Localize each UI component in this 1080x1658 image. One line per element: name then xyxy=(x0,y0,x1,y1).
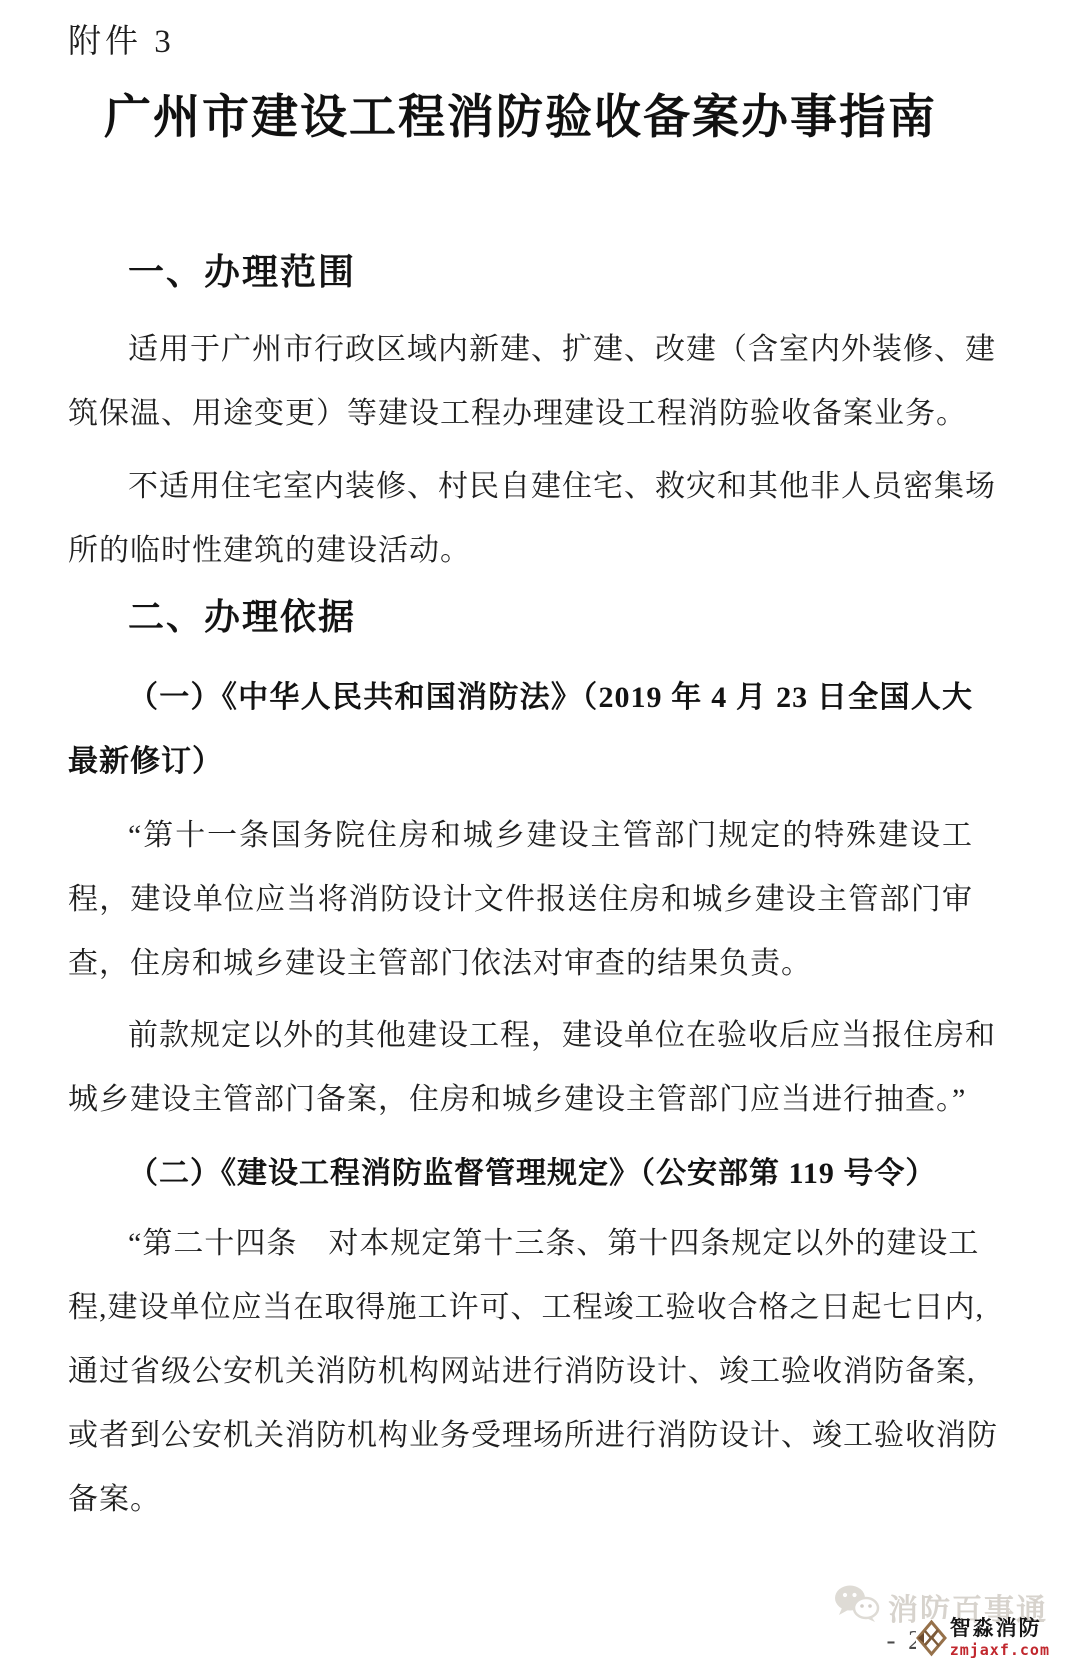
zhimiao-logo-text: 智淼消防 zmjaxf.com xyxy=(950,1618,1050,1658)
paragraph-other-projects: 前款规定以外的其他建设工程，建设单位在验收后应当报住房和 城乡建设主管部门备案，… xyxy=(68,1004,973,1132)
page-title: 广州市建设工程消防验收备案办事指南 xyxy=(68,88,973,148)
text-line: 程，建设单位应当将消防设计文件报送住房和城乡建设主管部门审 xyxy=(68,868,973,932)
text-line: （一）《中华人民共和国消防法》（2019 年 4 月 23 日全国人大 xyxy=(68,666,973,730)
wechat-icon xyxy=(833,1583,881,1625)
zhimiao-diamond-logo-icon xyxy=(916,1619,947,1657)
paragraph-scope-applies: 适用于广州市行政区域内新建、扩建、改建（含室内外装修、建 筑保温、用途变更）等建… xyxy=(68,318,973,446)
paragraph-scope-excludes: 不适用住宅室内装修、村民自建住宅、救灾和其他非人员密集场 所的临时性建筑的建设活… xyxy=(68,455,973,583)
text-line: 通过省级公安机关消防机构网站进行消防设计、竣工验收消防备案, xyxy=(68,1340,973,1404)
text-line: 筑保温、用途变更）等建设工程办理建设工程消防验收备案业务。 xyxy=(68,382,973,446)
zhimiao-diamond-logo-icon xyxy=(916,1619,947,1657)
logo-name: 智淼消防 xyxy=(950,1618,1050,1639)
text-line: 前款规定以外的其他建设工程，建设单位在验收后应当报住房和 xyxy=(68,1004,973,1068)
text-line: “第十一条国务院住房和城乡建设主管部门规定的特殊建设工 xyxy=(68,804,973,868)
text-line: 或者到公安机关消防机构业务受理场所进行消防设计、竣工验收消防 xyxy=(68,1404,973,1468)
paragraph-article-24: “第二十四条 对本规定第十三条、第十四条规定以外的建设工 程,建设单位应当在取得… xyxy=(68,1212,973,1532)
attachment-label: 附件 3 xyxy=(68,20,973,64)
section-1-heading: 一、办理范围 xyxy=(68,248,973,296)
basis-item-2-heading: （二）《建设工程消防监督管理规定》（公安部第 119 号令） xyxy=(68,1142,973,1206)
wechat-icon xyxy=(833,1583,881,1630)
text-line: 不适用住宅室内装修、村民自建住宅、救灾和其他非人员密集场 xyxy=(68,455,973,519)
logo-domain: zmjaxf.com xyxy=(950,1643,1050,1658)
document-page: 附件 3 广州市建设工程消防验收备案办事指南 一、办理范围 适用于广州市行政区域… xyxy=(68,0,973,1532)
footer-brand: - 2 智淼消防 zmjaxf.com xyxy=(886,1618,1050,1658)
text-line: 所的临时性建筑的建设活动。 xyxy=(68,519,973,583)
section-2-heading: 二、办理依据 xyxy=(68,593,973,641)
text-line: 程,建设单位应当在取得施工许可、工程竣工验收合格之日起七日内, xyxy=(68,1276,973,1340)
text-line: （二）《建设工程消防监督管理规定》（公安部第 119 号令） xyxy=(68,1142,973,1206)
basis-item-1-heading: （一）《中华人民共和国消防法》（2019 年 4 月 23 日全国人大 最新修订… xyxy=(68,666,973,794)
text-line: 城乡建设主管部门备案，住房和城乡建设主管部门应当进行抽查。” xyxy=(68,1068,973,1132)
text-line: 最新修订） xyxy=(68,730,973,794)
text-line: 适用于广州市行政区域内新建、扩建、改建（含室内外装修、建 xyxy=(68,318,973,382)
text-line: 备案。 xyxy=(68,1468,973,1532)
paragraph-article-11: “第十一条国务院住房和城乡建设主管部门规定的特殊建设工 程，建设单位应当将消防设… xyxy=(68,804,973,996)
text-line: 查，住房和城乡建设主管部门依法对审查的结果负责。 xyxy=(68,932,973,996)
text-line: “第二十四条 对本规定第十三条、第十四条规定以外的建设工 xyxy=(68,1212,973,1276)
